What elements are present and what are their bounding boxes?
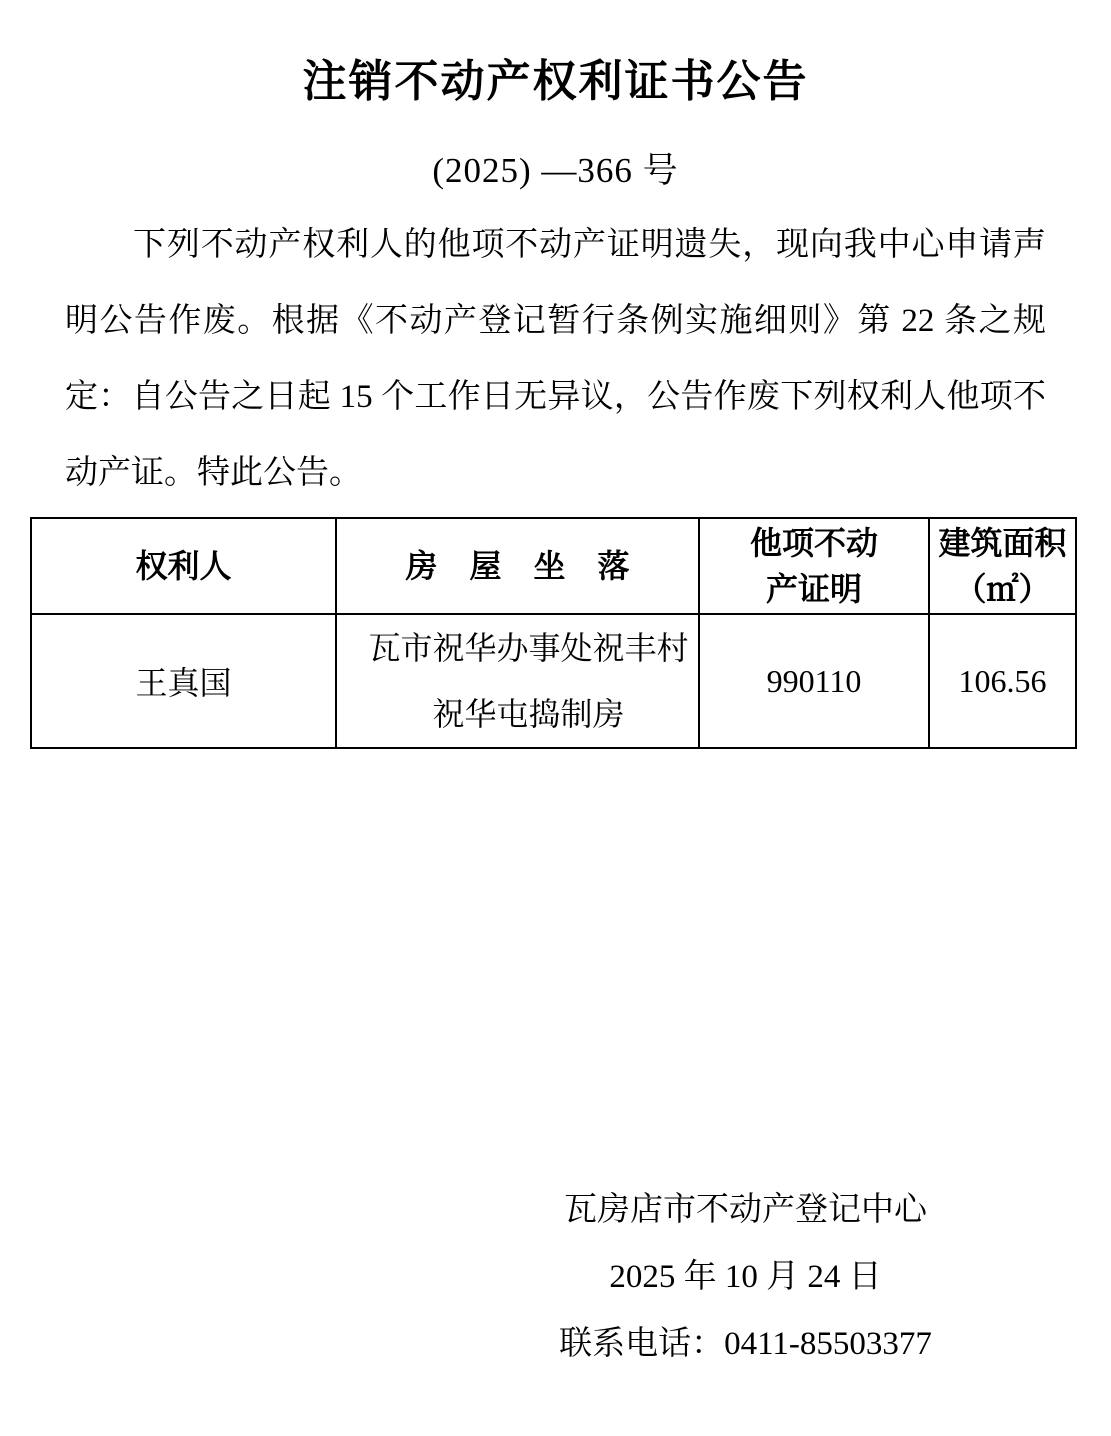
cell-house-location: 瓦市祝华办事处祝丰村 祝华屯捣制房 [336, 614, 699, 748]
cell-floor-area: 106.56 [929, 614, 1076, 748]
document-number: (2025) —366 号 [65, 143, 1046, 193]
document-title: 注销不动产权利证书公告 [65, 54, 1046, 109]
table-row: 王真国 瓦市祝华办事处祝丰村 祝华屯捣制房 990110 106.56 [31, 614, 1076, 748]
table-header-owner: 权利人 [31, 518, 336, 614]
table-header-floor-area: 建筑面积 （㎡） [929, 518, 1076, 614]
cell-certificate: 990110 [699, 614, 929, 748]
table-header-row: 权利人 房 屋 坐 落 他项不动 产证明 建筑面积 （㎡） [31, 518, 1076, 614]
table-header-certificate: 他项不动 产证明 [699, 518, 929, 614]
certificate-table: 权利人 房 屋 坐 落 他项不动 产证明 建筑面积 （㎡） 王真国 瓦市祝华办事… [30, 517, 1077, 749]
signature-date: 2025 年 10 月 24 日 [315, 1244, 1111, 1311]
signature-organization: 瓦房店市不动产登记中心 [315, 1177, 1111, 1244]
table-header-house-location: 房 屋 坐 落 [336, 518, 699, 614]
signature-phone: 联系电话：0411-85503377 [315, 1311, 1111, 1378]
notice-document: 注销不动产权利证书公告 (2025) —366 号 下列不动产权利人的他项不动产… [0, 0, 1111, 1378]
cell-owner: 王真国 [31, 614, 336, 748]
signature-block: 瓦房店市不动产登记中心 2025 年 10 月 24 日 联系电话：0411-8… [315, 1177, 1111, 1378]
body-paragraph: 下列不动产权利人的他项不动产证明遗失，现向我中心申请声明公告作废。根据《不动产登… [65, 207, 1046, 511]
